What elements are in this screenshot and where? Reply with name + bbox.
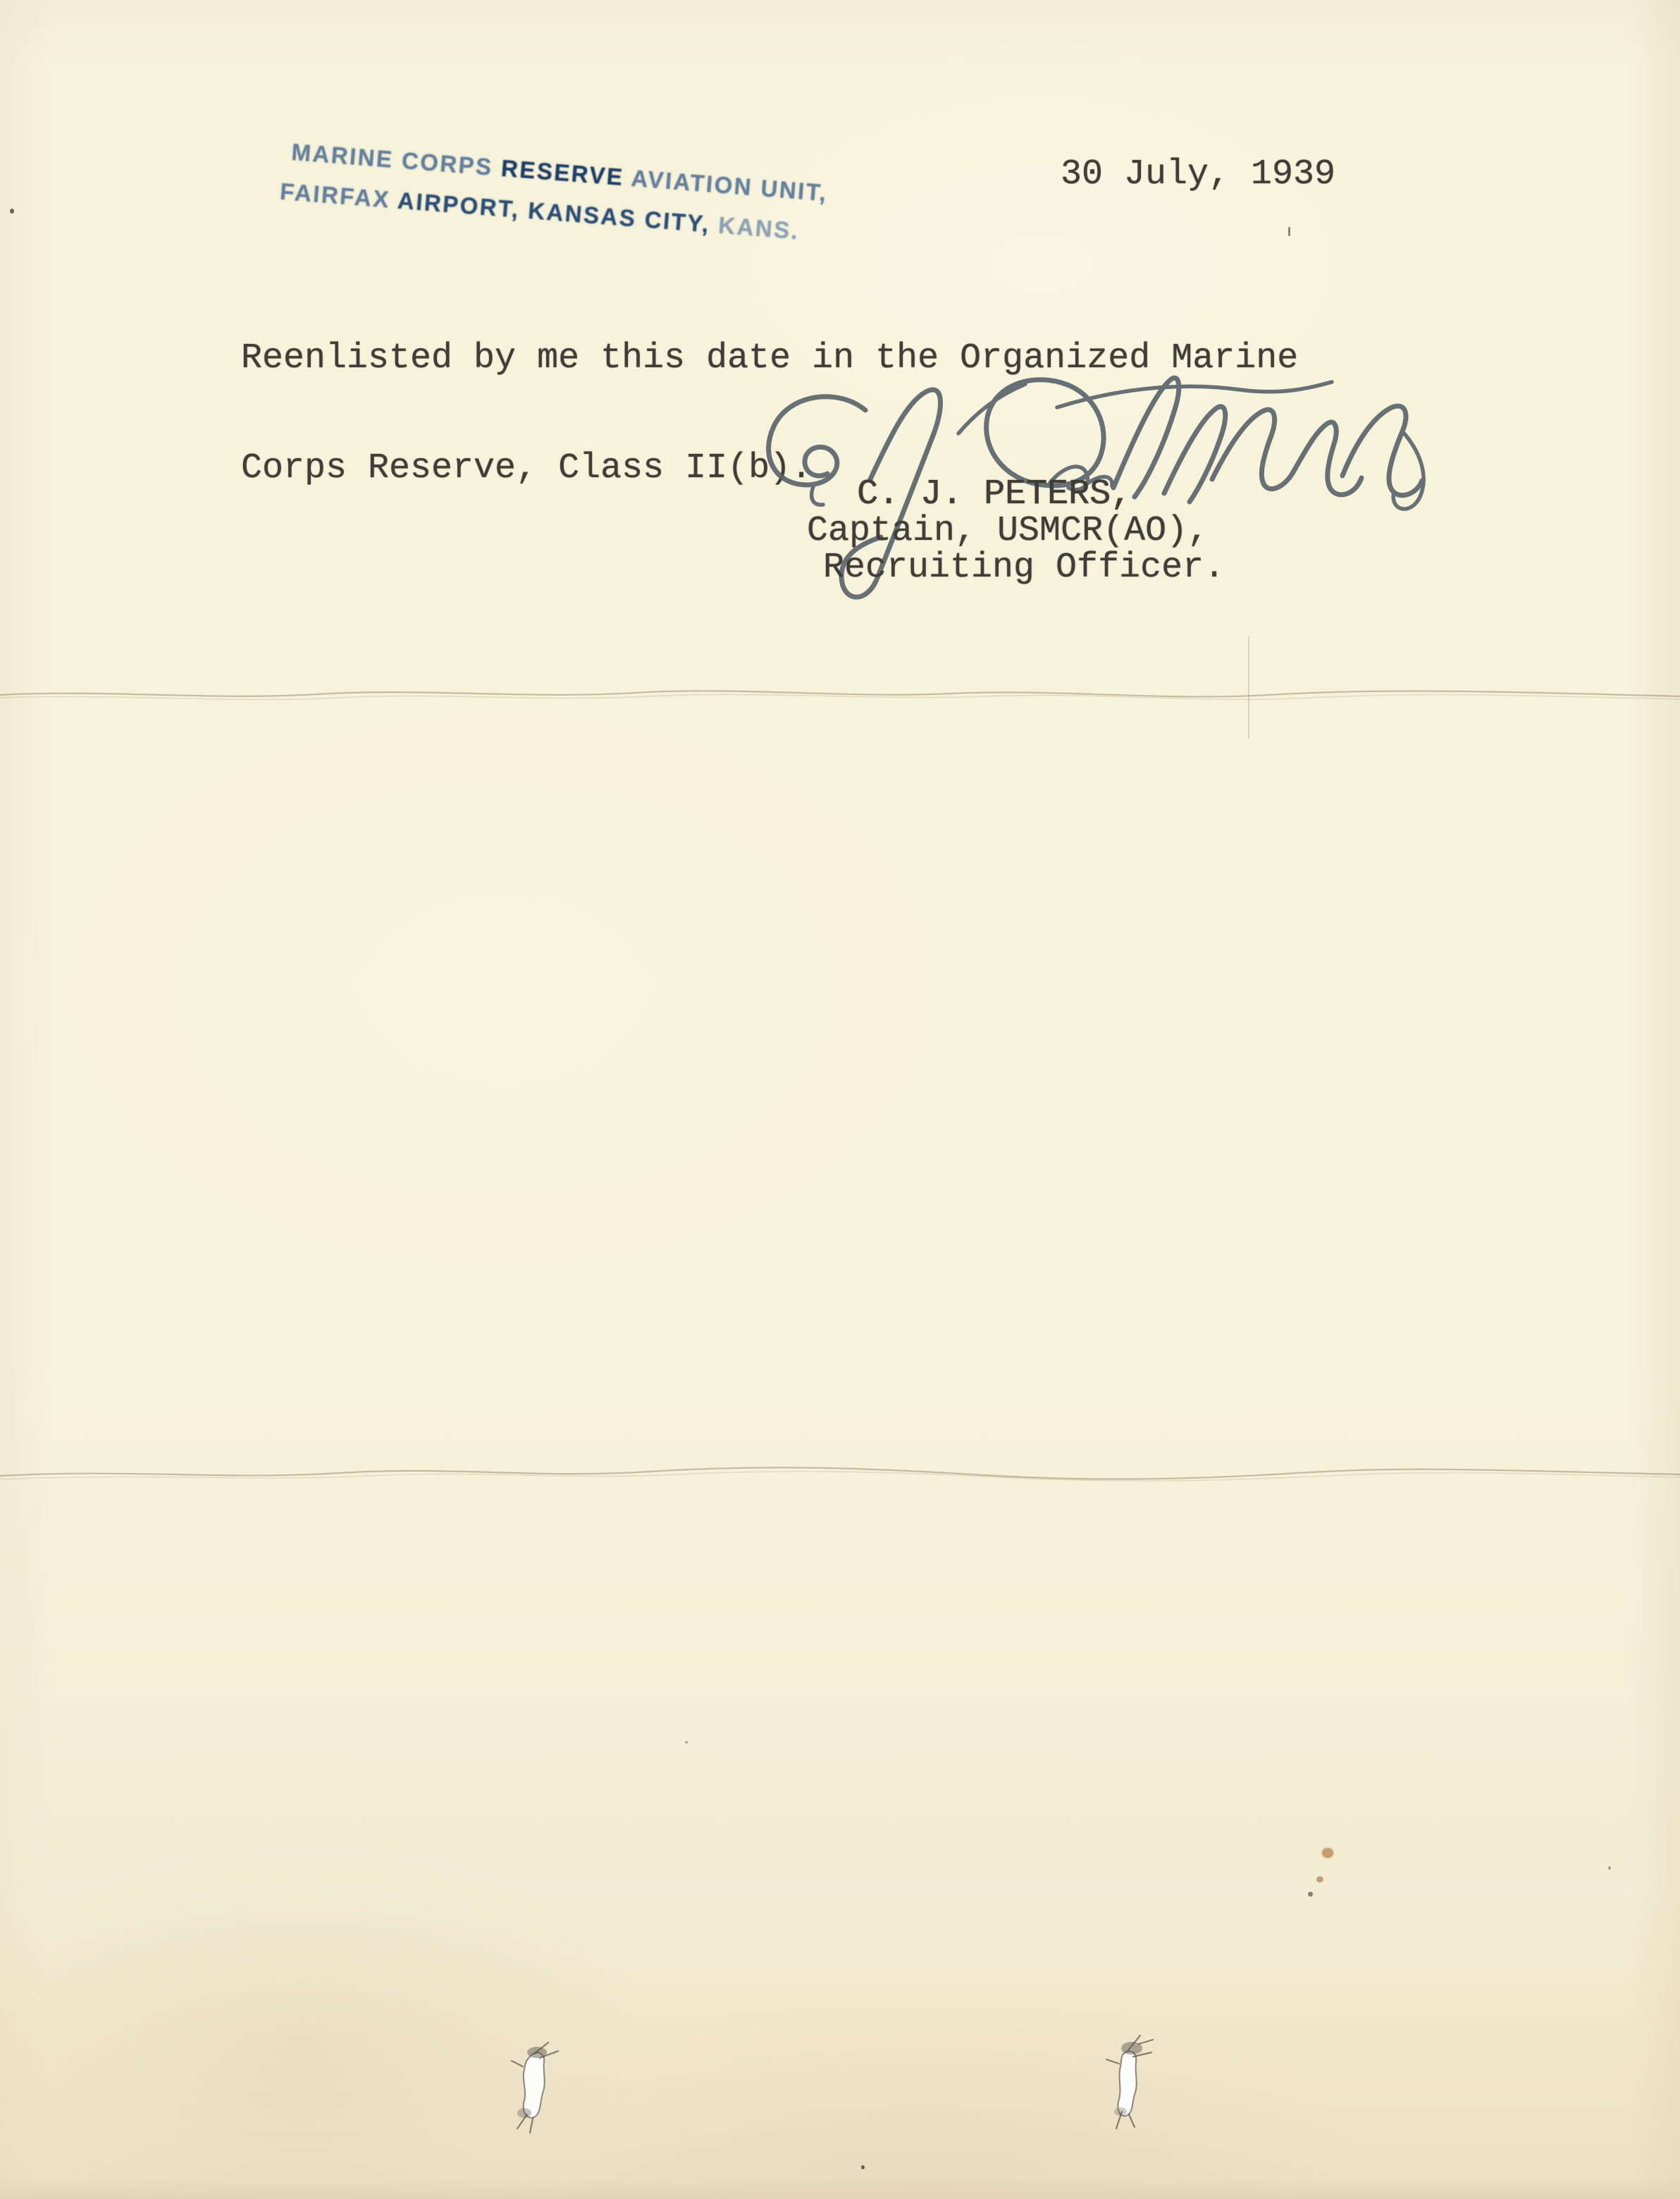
- ink-speck: [10, 209, 14, 214]
- dark-speck-stain: [1308, 1892, 1313, 1897]
- rust-stain: [1322, 1848, 1333, 1858]
- punch-hole-left: [493, 2030, 578, 2143]
- date-line: 30 July, 1939: [1061, 156, 1335, 193]
- dust-speck: [861, 2165, 865, 2169]
- unit-letterhead-stamp: MARINE CORPS RESERVE AVIATION UNIT, FAIR…: [278, 131, 829, 253]
- letter-page: MARINE CORPS RESERVE AVIATION UNIT, FAIR…: [0, 0, 1680, 2199]
- dust-speck: [1608, 1866, 1611, 1870]
- rust-stain-small: [1316, 1876, 1323, 1883]
- signature-typed-name: C. J. PETERS,: [857, 476, 1132, 513]
- faint-scratch-line: [1248, 636, 1249, 739]
- punch-hole-right: [1084, 2024, 1168, 2137]
- signature-typed-role: Recruiting Officer.: [823, 550, 1225, 586]
- signature-typed-rank: Captain, USMCR(AO),: [807, 513, 1209, 550]
- dust-speck: [685, 1741, 688, 1744]
- ink-tick-mark: [1288, 227, 1290, 236]
